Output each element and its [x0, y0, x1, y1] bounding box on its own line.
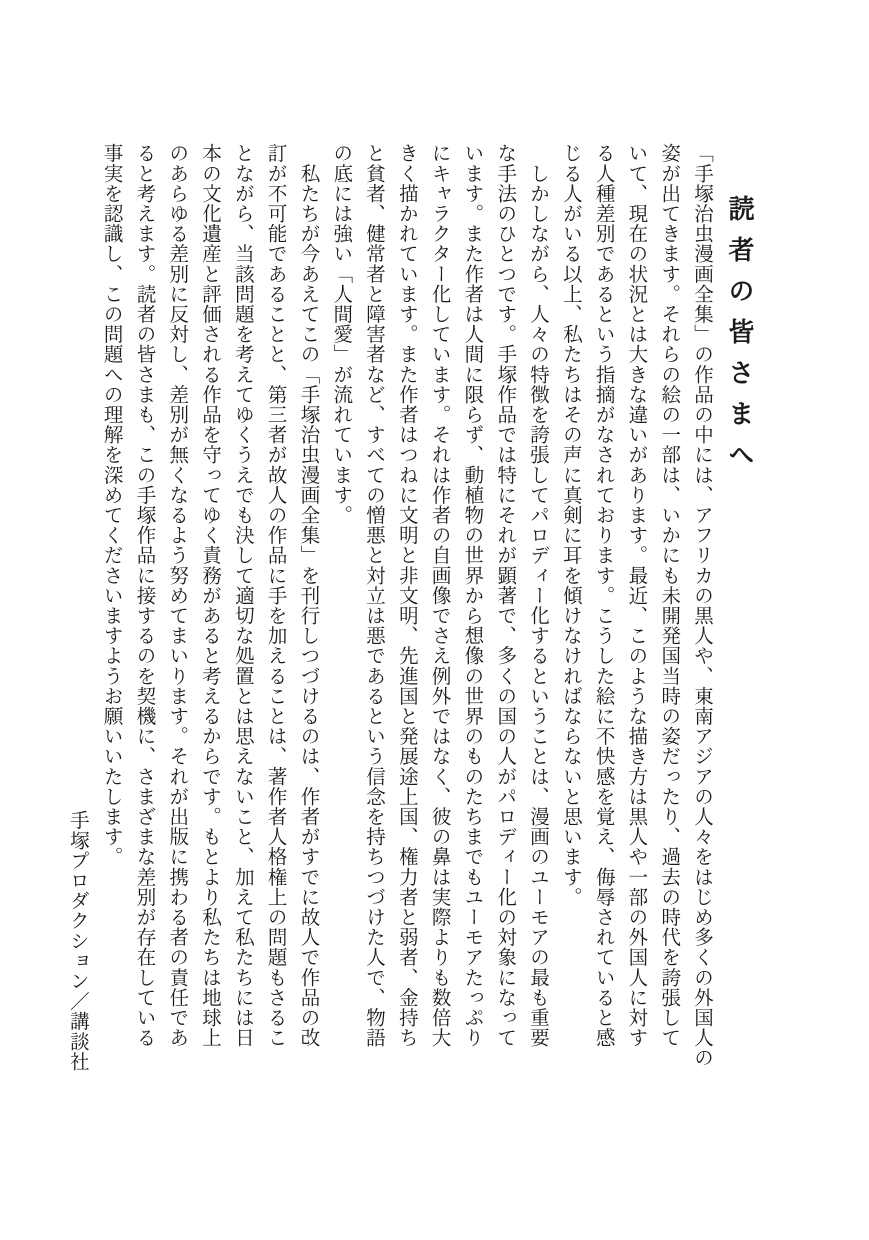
text-column: とながら、当該問題を考えてゆくうえでも決して適切な処置とは思えないこと、加えて私…	[225, 143, 258, 1071]
text-column: な手法のひとつです。手塚作品では特にそれが顕著で、多くの国の人がパロディー化の対…	[487, 143, 520, 1071]
text-column: きく描かれています。また作者はつねに文明と非文明、先進国と発展途上国、権力者と弱…	[389, 143, 422, 1071]
text-column: 本の文化遺産と評価される作品を守ってゆく責務があると考えるからです。もとより私た…	[192, 143, 225, 1071]
text-column: 私たちが今あえてこの「手塚治虫漫画全集」を刊行しつづけるのは、作者がすでに故人で…	[291, 143, 324, 1071]
text-column: います。また作者は人間に限らず、動植物の世界から想像の世界のものたちまでもユーモ…	[455, 143, 488, 1071]
signature: 手塚プロダクション／講談社	[61, 143, 94, 1079]
text-column: ると考えます。読者の皆さまも、この手塚作品に接するのを契機に、さまざまな差別が存…	[127, 143, 160, 1071]
document-page: 読者の皆さまへ 「手塚治虫漫画全集」の作品の中には、アフリカの黒人や、東南アジア…	[0, 0, 869, 1240]
text-column: る人種差別であるという指摘がなされております。こうした絵に不快感を覚え、侮辱され…	[586, 143, 619, 1071]
text-column: 姿が出てきます。それらの絵の一部は、いかにも未開発国当時の姿だったり、過去の時代…	[651, 143, 684, 1071]
text-column: にキャラクター化しています。それは作者の自画像でさえ例外ではなく、彼の鼻は実際よ…	[422, 143, 455, 1071]
text-column: 「手塚治虫漫画全集」の作品の中には、アフリカの黒人や、東南アジアの人々をはじめ多…	[684, 143, 717, 1071]
text-column: しかしながら、人々の特徴を誇張してパロディー化するということは、漫画のユーモアの…	[520, 143, 553, 1071]
text-column: のあらゆる差別に反対し、差別が無くなるよう努めてまいります。それが出版に携わる者…	[159, 143, 192, 1071]
text-column: じる人がいる以上、私たちはその声に真剣に耳を傾けなければならないと思います。	[553, 143, 586, 1071]
text-column: 事実を認識し、この問題への理解を深めてくださいますようお願いいたします。	[94, 143, 127, 1071]
text-column: と貧者、健常者と障害者など、すべての憎悪と対立は悪であるという信念を持ちつづけた…	[356, 143, 389, 1071]
vertical-text-block: 読者の皆さまへ 「手塚治虫漫画全集」の作品の中には、アフリカの黒人や、東南アジア…	[61, 143, 761, 1071]
text-column: の底には強い「人間愛」が流れています。	[323, 143, 356, 1071]
text-column: いて、現在の状況とは大きな違いがあります。最近、このような描き方は黒人や一部の外…	[619, 143, 652, 1071]
page-title: 読者の皆さまへ	[717, 143, 761, 1071]
text-column: 訂が不可能であることと、第三者が故人の作品に手を加えることは、著作者人格権上の問…	[258, 143, 291, 1071]
